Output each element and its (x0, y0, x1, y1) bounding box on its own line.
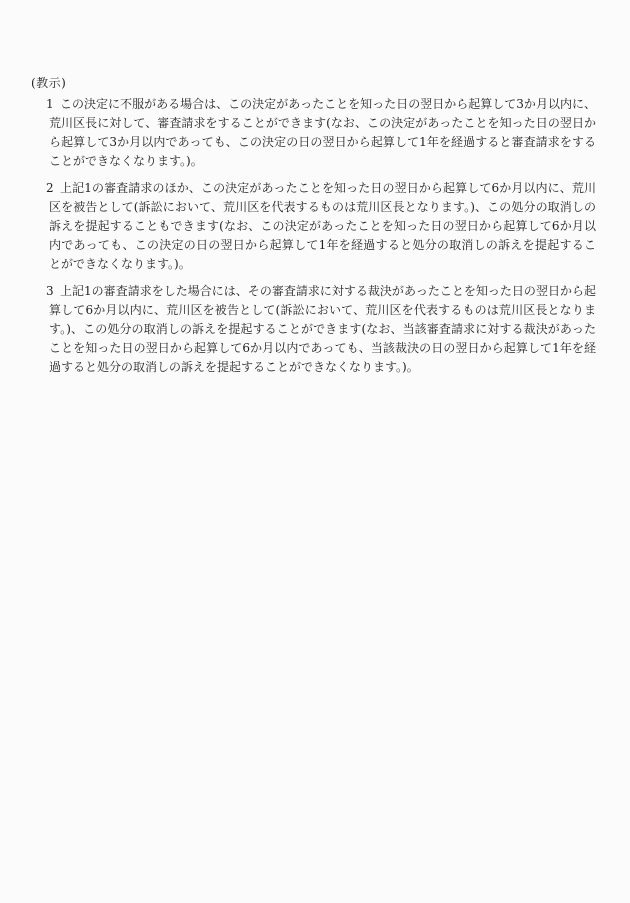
item-number: 3 (46, 282, 54, 301)
item-text: この決定に不服がある場合は、この決定があったことを知った日の翌日から起算して3か… (49, 97, 596, 168)
item-text: 上記1の審査請求をした場合には、その審査請求に対する裁決があったことを知った日の… (49, 284, 596, 374)
document-page: (教示) 1 この決定に不服がある場合は、この決定があったことを知った日の翌日か… (0, 0, 630, 903)
item-text: 上記1の審査請求のほか、この決定があったことを知った日の翌日から起算して6か月以… (49, 181, 596, 271)
item-number: 2 (46, 179, 54, 198)
instruction-item-1: 1 この決定に不服がある場合は、この決定があったことを知った日の翌日から起算して… (31, 95, 596, 171)
instruction-item-2: 2 上記1の審査請求のほか、この決定があったことを知った日の翌日から起算して6か… (31, 179, 596, 274)
instruction-item-3: 3 上記1の審査請求をした場合には、その審査請求に対する裁決があったことを知った… (31, 282, 596, 377)
section-heading: (教示) (31, 74, 596, 93)
instruction-list: 1 この決定に不服がある場合は、この決定があったことを知った日の翌日から起算して… (31, 95, 596, 377)
item-number: 1 (46, 95, 54, 114)
